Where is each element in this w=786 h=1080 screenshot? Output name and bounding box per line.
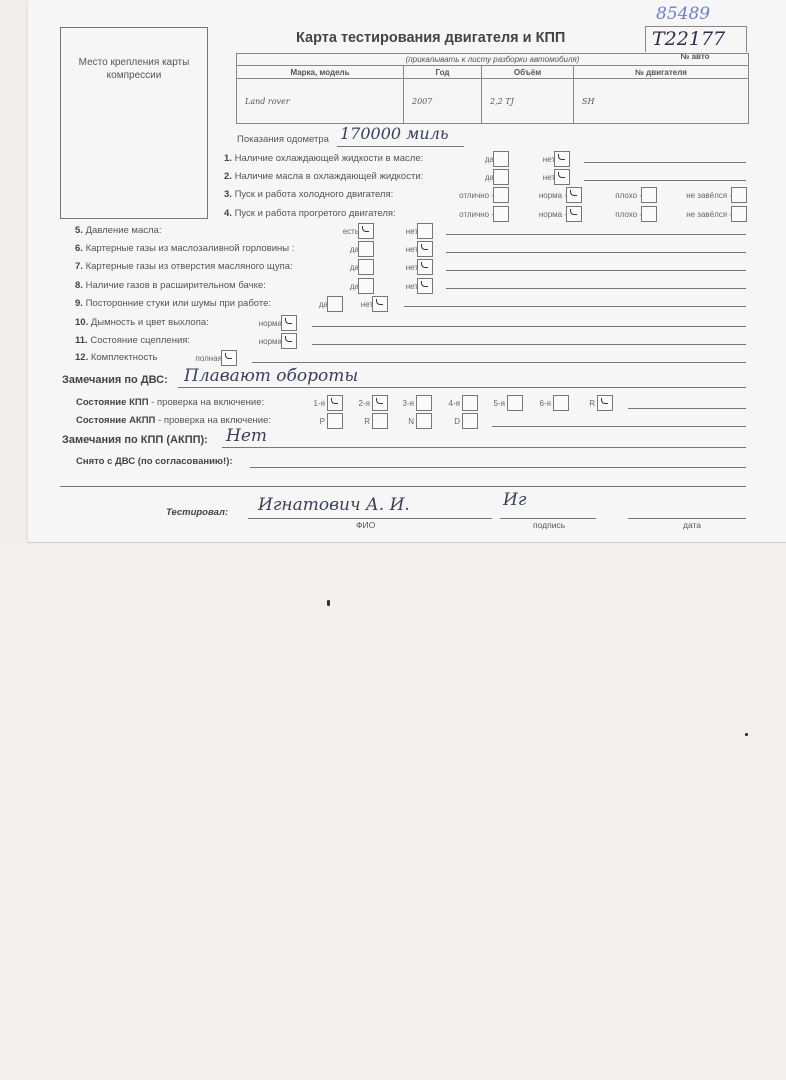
check-number: 4. xyxy=(224,208,232,219)
header-make-model: Марка, модель xyxy=(237,66,404,79)
stamp-number: 85489 xyxy=(656,4,710,24)
checkbox-3-2[interactable] xyxy=(566,187,582,203)
auto-gear-P-checkbox[interactable] xyxy=(327,413,343,429)
check-item-1-label: 1. Наличие охлаждающей жидкости в масле: xyxy=(224,153,423,164)
manual-gear-2-я-checkbox[interactable] xyxy=(372,395,388,411)
option-label: отлично - xyxy=(459,210,494,219)
tester-name-value[interactable]: Игнатович А. И. xyxy=(258,495,410,515)
check-label: Наличие газов в расширительном бачке: xyxy=(83,280,266,291)
check-comment-line[interactable] xyxy=(446,288,746,289)
check-item-5-label: 5. Давление масла: xyxy=(75,225,161,236)
checkbox-7-2[interactable] xyxy=(417,259,433,275)
checkbox-1-2[interactable] xyxy=(554,151,570,167)
manual-gear-3-я-checkbox[interactable] xyxy=(416,395,432,411)
year-value[interactable]: 2007 xyxy=(404,79,482,124)
option-label: плохо - xyxy=(615,191,642,200)
name-line xyxy=(248,518,492,519)
make-model-value[interactable]: Land rover xyxy=(237,79,404,124)
gear-label: 1-я xyxy=(314,399,325,408)
manual-gear-R-checkbox[interactable] xyxy=(597,395,613,411)
checkbox-11-1[interactable] xyxy=(281,333,297,349)
check-number: 8. xyxy=(75,280,83,291)
page-title: Карта тестирования двигателя и КПП xyxy=(296,30,565,46)
separator-line xyxy=(60,486,746,487)
header-engine-number: № двигателя xyxy=(574,66,749,79)
gear-label: 6-я xyxy=(540,399,551,408)
check-number: 10. xyxy=(75,317,88,328)
table-subtitle: (прикалывать к листу разборки автомобиля… xyxy=(237,54,749,66)
check-item-2-label: 2. Наличие масла в охлаждающей жидкости: xyxy=(224,171,423,182)
gearbox-notes-label: Замечания по КПП (АКПП): xyxy=(62,434,208,446)
check-comment-line[interactable] xyxy=(446,234,746,235)
manual-gearbox-title: Состояние КПП xyxy=(76,397,149,408)
manual-gearbox-line xyxy=(628,408,746,409)
check-comment-line[interactable] xyxy=(404,306,746,307)
speck xyxy=(327,600,330,606)
auto-gearbox-label: Состояние АКПП - проверка на включение: xyxy=(76,415,271,426)
check-number: 3. xyxy=(224,189,232,200)
volume-value[interactable]: 2,2 TJ xyxy=(482,79,574,124)
check-label: Наличие масла в охлаждающей жидкости: xyxy=(232,171,423,182)
signature-line xyxy=(500,518,596,519)
manual-gear-6-я-checkbox[interactable] xyxy=(553,395,569,411)
option-label: норма - xyxy=(539,210,567,219)
check-number: 2. xyxy=(224,171,232,182)
option-label: полная xyxy=(196,354,222,363)
removed-line[interactable] xyxy=(250,467,746,468)
checkbox-2-1[interactable] xyxy=(493,169,509,185)
checkbox-4-4[interactable] xyxy=(731,206,747,222)
option-label: не завёлся - xyxy=(686,191,732,200)
auto-gearbox-line xyxy=(492,426,746,427)
checkbox-7-1[interactable] xyxy=(358,259,374,275)
check-item-4-label: 4. Пуск и работа прогретого двигателя: xyxy=(224,208,396,219)
check-comment-line[interactable] xyxy=(312,344,746,345)
checkbox-1-1[interactable] xyxy=(493,151,509,167)
check-number: 12. xyxy=(75,352,88,363)
option-label: плохо - xyxy=(615,210,642,219)
odometer-line xyxy=(337,146,464,147)
option-label: не завёлся - xyxy=(686,210,732,219)
check-number: 9. xyxy=(75,298,83,309)
manual-gear-1-я-checkbox[interactable] xyxy=(327,395,343,411)
odometer-value[interactable]: 170000 миль xyxy=(340,124,449,143)
checkbox-8-1[interactable] xyxy=(358,278,374,294)
check-label: Давление масла: xyxy=(83,225,162,236)
engine-notes-value[interactable]: Плавают обороты xyxy=(184,366,358,386)
check-item-10-label: 10. Дымность и цвет выхлопа: xyxy=(75,317,209,328)
check-item-12-label: 12. Комплектность xyxy=(75,352,157,363)
auto-gear-N-checkbox[interactable] xyxy=(416,413,432,429)
gear-label: N xyxy=(408,417,414,426)
check-number: 6. xyxy=(75,243,83,254)
caption-name: ФИО xyxy=(356,520,375,530)
gear-label: 3-я xyxy=(403,399,414,408)
gear-label: 4-я xyxy=(449,399,460,408)
option-label: норма xyxy=(259,319,282,328)
checkbox-3-3[interactable] xyxy=(641,187,657,203)
gear-label: 5-я xyxy=(494,399,505,408)
engine-notes-line xyxy=(178,387,746,388)
check-item-7-label: 7. Картерные газы из отверстия масляного… xyxy=(75,261,293,272)
manual-gear-5-я-checkbox[interactable] xyxy=(507,395,523,411)
checkbox-5-2[interactable] xyxy=(417,223,433,239)
check-label: Пуск и работа холодного двигателя: xyxy=(232,189,393,200)
placeholder-label: Место крепления карты компрессии xyxy=(61,56,207,82)
manual-gearbox-desc: - проверка на включение: xyxy=(149,397,265,408)
check-comment-line[interactable] xyxy=(584,162,746,163)
vehicle-table: (прикалывать к листу разборки автомобиля… xyxy=(236,53,749,124)
blank-page-area xyxy=(0,543,786,1080)
check-label: Посторонние стуки или шумы при работе: xyxy=(83,298,271,309)
auto-gearbox-desc: - проверка на включение: xyxy=(155,415,271,426)
odometer-label: Показания одометра xyxy=(237,134,329,145)
gear-label: R xyxy=(589,399,595,408)
check-comment-line[interactable] xyxy=(252,362,746,363)
check-item-3-label: 3. Пуск и работа холодного двигателя: xyxy=(224,189,393,200)
option-label: есть xyxy=(343,227,359,236)
option-label: отлично - xyxy=(459,191,494,200)
compression-card-placeholder: Место крепления карты компрессии xyxy=(60,27,208,219)
checkbox-3-1[interactable] xyxy=(493,187,509,203)
checkbox-2-2[interactable] xyxy=(554,169,570,185)
option-label: норма xyxy=(259,337,282,346)
checkbox-9-1[interactable] xyxy=(327,296,343,312)
auto-gear-R-checkbox[interactable] xyxy=(372,413,388,429)
check-label: Пуск и работа прогретого двигателя: xyxy=(232,208,396,219)
caption-date: дата xyxy=(683,520,701,530)
tested-by-label: Тестировал: xyxy=(166,507,228,518)
header-volume: Объём xyxy=(482,66,574,79)
check-number: 1. xyxy=(224,153,232,164)
check-comment-line[interactable] xyxy=(584,180,746,181)
speck xyxy=(745,733,748,736)
removed-label: Снято с ДВС (по согласованию!): xyxy=(76,456,233,467)
checkbox-6-2[interactable] xyxy=(417,241,433,257)
check-number: 11. xyxy=(75,335,88,346)
header-year: Год xyxy=(404,66,482,79)
auto-gearbox-title: Состояние АКПП xyxy=(76,415,155,426)
checkbox-4-1[interactable] xyxy=(493,206,509,222)
date-line[interactable] xyxy=(628,518,746,519)
check-comment-line[interactable] xyxy=(446,252,746,253)
gear-label: 2-я xyxy=(359,399,370,408)
auto-number-value[interactable]: T22177 xyxy=(652,28,725,50)
checkbox-12-1[interactable] xyxy=(221,350,237,366)
check-label: Комплектность xyxy=(88,352,157,363)
engine-number-value[interactable]: SH xyxy=(574,79,749,124)
gear-label: P xyxy=(320,417,325,426)
gear-label: R xyxy=(364,417,370,426)
checkbox-10-1[interactable] xyxy=(281,315,297,331)
check-label: Наличие охлаждающей жидкости в масле: xyxy=(232,153,423,164)
checkbox-6-1[interactable] xyxy=(358,241,374,257)
gearbox-notes-line xyxy=(222,447,746,448)
engine-notes-label: Замечания по ДВС: xyxy=(62,374,168,386)
check-comment-line[interactable] xyxy=(446,270,746,271)
manual-gearbox-label: Состояние КПП - проверка на включение: xyxy=(76,397,264,408)
check-label: Дымность и цвет выхлопа: xyxy=(88,317,209,328)
caption-signature: подпись xyxy=(533,520,565,530)
check-comment-line[interactable] xyxy=(312,326,746,327)
check-label: Состояние сцепления: xyxy=(88,335,190,346)
checkbox-8-2[interactable] xyxy=(417,278,433,294)
check-item-11-label: 11. Состояние сцепления: xyxy=(75,335,190,346)
check-item-8-label: 8. Наличие газов в расширительном бачке: xyxy=(75,280,266,291)
checkbox-3-4[interactable] xyxy=(731,187,747,203)
check-number: 5. xyxy=(75,225,83,236)
checkbox-4-3[interactable] xyxy=(641,206,657,222)
auto-gear-D-checkbox[interactable] xyxy=(462,413,478,429)
check-number: 7. xyxy=(75,261,83,272)
manual-gear-4-я-checkbox[interactable] xyxy=(462,395,478,411)
tester-signature-value[interactable]: Иг xyxy=(503,490,526,510)
check-item-6-label: 6. Картерные газы из маслозаливной горло… xyxy=(75,243,294,254)
check-label: Картерные газы из отверстия масляного щу… xyxy=(83,261,293,272)
check-label: Картерные газы из маслозаливной горловин… xyxy=(83,243,294,254)
check-item-9-label: 9. Посторонние стуки или шумы при работе… xyxy=(75,298,271,309)
checkbox-4-2[interactable] xyxy=(566,206,582,222)
gear-label: D xyxy=(454,417,460,426)
gearbox-notes-value[interactable]: Нет xyxy=(226,426,267,446)
checkbox-9-2[interactable] xyxy=(372,296,388,312)
auto-number-box: T22177 xyxy=(645,26,747,52)
option-label: норма - xyxy=(539,191,567,200)
checkbox-5-1[interactable] xyxy=(358,223,374,239)
